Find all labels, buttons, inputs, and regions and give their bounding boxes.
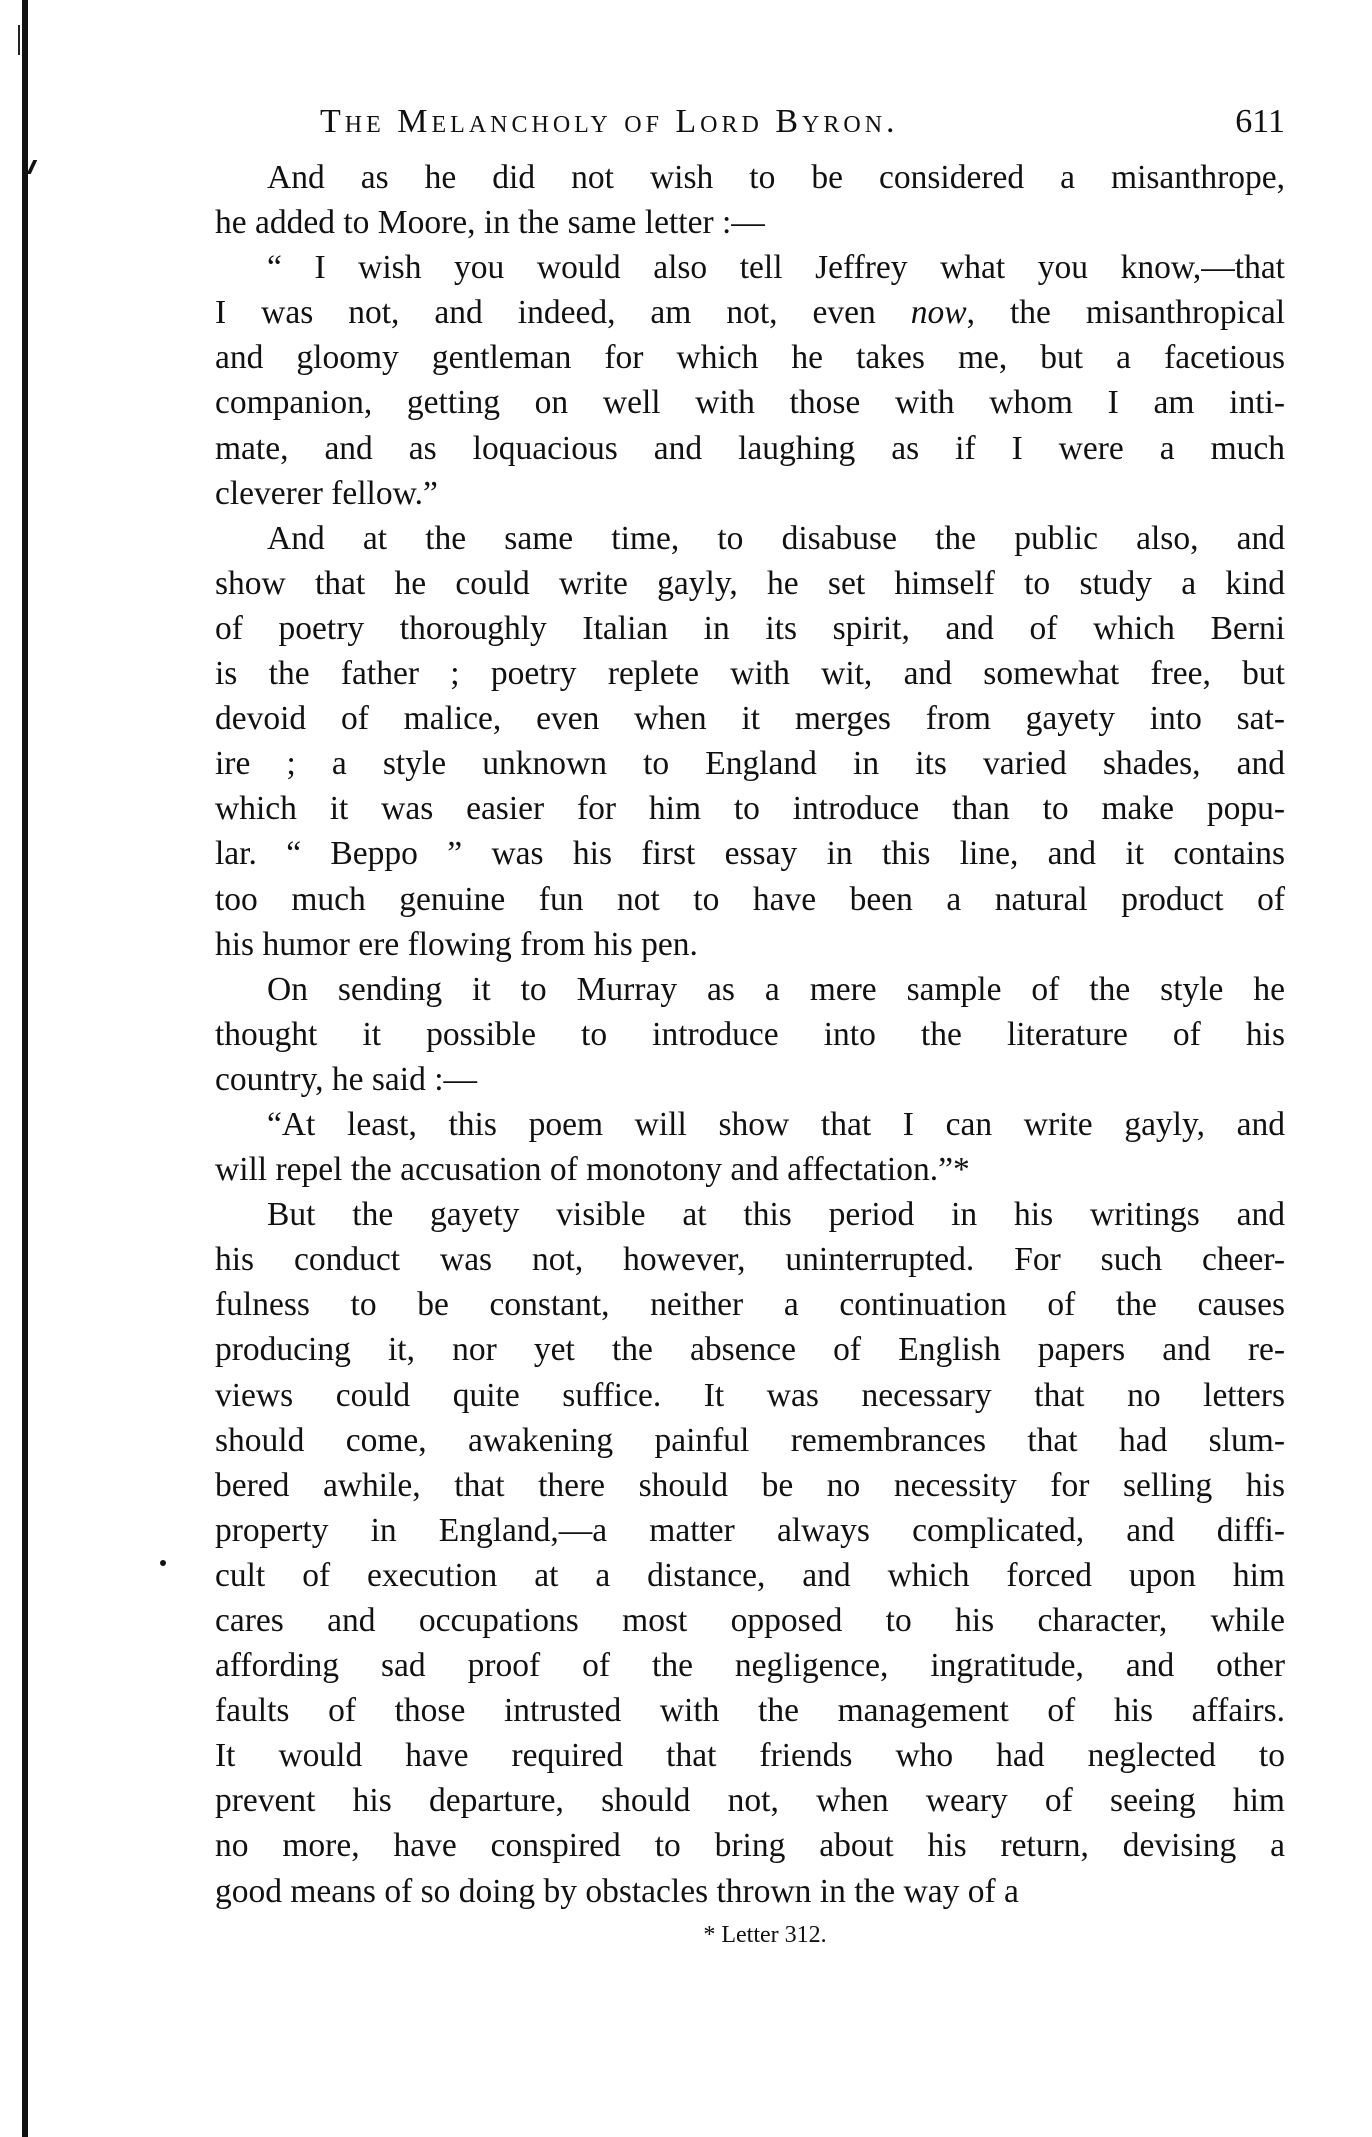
- text-line: It would have required that friends who …: [215, 1733, 1285, 1778]
- paragraph: And at the same time, to disabuse the pu…: [215, 516, 1285, 967]
- text-line: no more, have conspired to bring about h…: [215, 1823, 1285, 1868]
- text-line: too much genuine fun not to have been a …: [215, 877, 1285, 922]
- text-line: And as he did not wish to be considered …: [215, 155, 1285, 200]
- text-line: devoid of malice, even when it merges fr…: [215, 696, 1285, 741]
- scan-speck: [160, 1560, 166, 1566]
- paragraph: But the gayety visible at this period in…: [215, 1192, 1285, 1914]
- text-line: which it was easier for him to introduce…: [215, 786, 1285, 831]
- text-line: and gloomy gentleman for which he takes …: [215, 335, 1285, 380]
- text-line: his conduct was not, however, uninterrup…: [215, 1237, 1285, 1282]
- text-line: faults of those intrusted with the manag…: [215, 1688, 1285, 1733]
- text-line: “ I wish you would also tell Jeffrey wha…: [215, 245, 1285, 290]
- body-text: And as he did not wish to be considered …: [215, 155, 1285, 1914]
- text-line: will repel the accusation of monotony an…: [215, 1147, 1285, 1192]
- text-line: cleverer fellow.”: [215, 471, 1285, 516]
- text-line: But the gayety visible at this period in…: [215, 1192, 1285, 1237]
- text-line: lar. “ Beppo ” was his first essay in th…: [215, 831, 1285, 876]
- text-line: show that he could write gayly, he set h…: [215, 561, 1285, 606]
- text-line: cult of execution at a distance, and whi…: [215, 1553, 1285, 1598]
- book-page: The Melancholy of Lord Byron. 611 And as…: [215, 95, 1285, 1949]
- text-line: fulness to be constant, neither a contin…: [215, 1282, 1285, 1327]
- text-line: thought it possible to introduce into th…: [215, 1012, 1285, 1057]
- text-line: ire ; a style unknown to England in its …: [215, 741, 1285, 786]
- text-line: country, he said :—: [215, 1057, 1285, 1102]
- text-line: is the father ; poetry replete with wit,…: [215, 651, 1285, 696]
- text-line: I was not, and indeed, am not, even now,…: [215, 290, 1285, 335]
- text-line: affording sad proof of the negligence, i…: [215, 1643, 1285, 1688]
- page-binding-edge: [22, 0, 28, 2137]
- text-line: mate, and as loquacious and laughing as …: [215, 426, 1285, 471]
- text-line: views could quite suffice. It was necess…: [215, 1373, 1285, 1418]
- binding-edge-mark: [18, 25, 20, 55]
- text-line: good means of so doing by obstacles thro…: [215, 1869, 1285, 1914]
- text-line: producing it, nor yet the absence of Eng…: [215, 1327, 1285, 1372]
- paragraph: On sending it to Murray as a mere sample…: [215, 967, 1285, 1102]
- text-line: bered awhile, that there should be no ne…: [215, 1463, 1285, 1508]
- text-line: On sending it to Murray as a mere sample…: [215, 967, 1285, 1012]
- binding-notch: [27, 160, 38, 174]
- text-line: of poetry thoroughly Italian in its spir…: [215, 606, 1285, 651]
- text-line: “At least, this poem will show that I ca…: [215, 1102, 1285, 1147]
- text-line: he added to Moore, in the same letter :—: [215, 200, 1285, 245]
- page-number: 611: [1235, 103, 1285, 141]
- footnote: * Letter 312.: [215, 1922, 1285, 1949]
- running-head-title: The Melancholy of Lord Byron.: [320, 103, 899, 141]
- text-line: property in England,—a matter always com…: [215, 1508, 1285, 1553]
- text-line: his humor ere flowing from his pen.: [215, 922, 1285, 967]
- text-line: cares and occupations most opposed to hi…: [215, 1598, 1285, 1643]
- text-line: prevent his departure, should not, when …: [215, 1778, 1285, 1823]
- block-quote: “At least, this poem will show that I ca…: [215, 1102, 1285, 1192]
- block-quote: “ I wish you would also tell Jeffrey wha…: [215, 245, 1285, 516]
- text-line: should come, awakening painful remembran…: [215, 1418, 1285, 1463]
- text-line: And at the same time, to disabuse the pu…: [215, 516, 1285, 561]
- text-line: companion, getting on well with those wi…: [215, 380, 1285, 425]
- paragraph: And as he did not wish to be considered …: [215, 155, 1285, 245]
- running-head: The Melancholy of Lord Byron. 611: [215, 95, 1285, 155]
